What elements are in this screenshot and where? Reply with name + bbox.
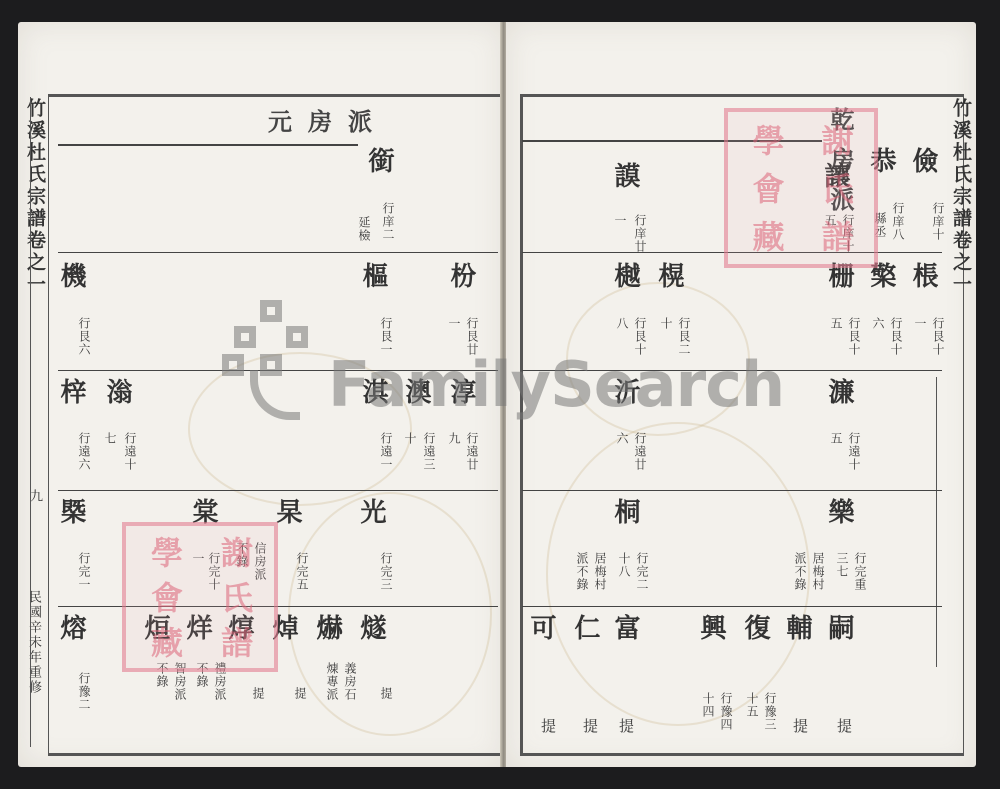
person-note: 五	[830, 432, 842, 445]
person-note: 提	[836, 718, 851, 734]
person-note: 提	[252, 687, 264, 700]
person-note: 十	[404, 432, 416, 445]
person-note: 十五	[746, 692, 758, 718]
seal-char: 譜	[212, 619, 258, 664]
person-note: 一	[448, 317, 460, 330]
person-name: 輔	[784, 614, 810, 644]
divider	[936, 377, 937, 667]
person-name: 謨	[612, 162, 638, 192]
person-note: 行完五	[296, 552, 308, 591]
person-note: 提	[380, 687, 392, 700]
seal-char: 會	[744, 164, 790, 212]
person-note: 十八	[618, 552, 630, 578]
person-note: 行遠廿	[634, 432, 646, 471]
divider	[58, 252, 498, 253]
person-note: 行遠十	[848, 432, 860, 471]
person-note: 行庠廿	[634, 214, 646, 253]
person-note: 行艮六	[78, 317, 90, 356]
person-note: 居梅村	[812, 552, 824, 591]
seal-char: 謝	[813, 116, 859, 164]
person-name: 桐	[612, 498, 638, 528]
person-name: 熔	[58, 614, 84, 644]
person-note: 行遠一	[380, 432, 392, 471]
person-note: 提	[618, 718, 633, 734]
person-name: 枌	[448, 262, 474, 292]
person-note: 行遠廿	[466, 432, 478, 471]
person-note: 行艮十	[932, 317, 944, 356]
divider	[522, 370, 942, 371]
seal-char: 學	[744, 116, 790, 164]
person-note: 煉專派	[326, 662, 338, 701]
person-note: 行完二	[636, 552, 648, 591]
collector-seal: 謝 氏 譜 學 會 藏	[724, 108, 878, 268]
divider	[522, 490, 942, 491]
person-name: 嗣	[826, 614, 852, 644]
person-name: 澳	[403, 378, 429, 408]
person-note: 行豫三	[764, 692, 776, 731]
divider	[58, 370, 498, 371]
branch-header: 元房派	[268, 110, 388, 134]
person-name: 爀	[314, 614, 340, 644]
person-name: 梓	[58, 378, 84, 408]
person-note: 行完三	[380, 552, 392, 591]
person-note: 行遠三	[423, 432, 435, 471]
person-name: 槩	[58, 498, 84, 528]
person-name: 仁	[572, 614, 598, 644]
person-note: 行艮十	[634, 317, 646, 356]
person-note: 六	[872, 317, 884, 330]
grid-frame	[48, 94, 510, 756]
person-note: 提	[792, 718, 807, 734]
seal-char: 氏	[212, 575, 258, 620]
person-name: 富	[612, 614, 638, 644]
person-name: 樾	[612, 262, 638, 292]
person-name: 樞	[360, 262, 386, 292]
seal-char: 藏	[142, 619, 188, 664]
person-name: 沂	[612, 378, 638, 408]
person-note: 提	[540, 718, 555, 734]
person-name: 燧	[358, 614, 384, 644]
person-note: 五	[830, 317, 842, 330]
person-name: 可	[528, 614, 554, 644]
person-note: 提	[582, 718, 597, 734]
person-note: 行豫二	[78, 672, 90, 711]
person-note: 行豫四	[720, 692, 732, 731]
person-note: 三七	[836, 552, 848, 578]
person-note: 居梅村	[594, 552, 606, 591]
person-name: 棖	[910, 262, 936, 292]
person-name: 滃	[104, 378, 130, 408]
collector-seal: 謝 氏 譜 學 會 藏	[122, 522, 278, 672]
person-note: 行庠八	[892, 202, 904, 241]
person-note: 一	[614, 214, 626, 227]
person-name: 濂	[826, 378, 852, 408]
page-number: 九	[25, 489, 44, 502]
divider	[522, 606, 942, 607]
seal-char: 謝	[212, 530, 258, 575]
right-page: 竹溪杜氏宗譜卷之一 乾房派 儉 行庠十 恭 行庠八 縣丞 讓 行庠十 五 謨 行…	[506, 22, 976, 767]
divider	[58, 144, 358, 146]
person-note: 十	[660, 317, 672, 330]
person-note: 行艮二	[678, 317, 690, 356]
person-name: 銜	[366, 147, 392, 177]
person-note: 行庠十	[932, 202, 944, 241]
person-name: 復	[742, 614, 768, 644]
divider	[30, 97, 31, 747]
person-note: 行完一	[78, 552, 90, 591]
person-note: 延檢	[358, 216, 370, 242]
spine-title: 竹溪杜氏宗譜卷之一	[22, 98, 49, 296]
person-note: 行艮十	[848, 317, 860, 356]
person-note: 行艮十	[890, 317, 902, 356]
person-name: 儉	[910, 147, 936, 177]
seal-char: 譜	[813, 212, 859, 260]
person-note: 行完重	[854, 552, 866, 591]
person-note: 行遠十	[124, 432, 136, 471]
person-note: 九	[448, 432, 460, 445]
divider	[58, 490, 498, 491]
person-note: 提	[294, 687, 306, 700]
person-note: 八	[616, 317, 628, 330]
seal-char: 氏	[813, 164, 859, 212]
person-name: 樂	[826, 498, 852, 528]
person-note: 行艮一	[380, 317, 392, 356]
seal-char: 學	[142, 530, 188, 575]
person-note: 行遠六	[78, 432, 90, 471]
person-note: 派不錄	[576, 552, 588, 591]
person-note: 六	[616, 432, 628, 445]
person-note: 派不錄	[794, 552, 806, 591]
branch-header-text: 元房派	[268, 107, 388, 136]
person-note: 行庠二	[382, 202, 394, 241]
person-name: 淇	[360, 378, 386, 408]
seal-char: 會	[142, 575, 188, 620]
person-note: 一	[914, 317, 926, 330]
left-page: 竹溪杜氏宗譜卷之一 九 民國辛未年重修 元房派 銜 行庠二 延檢 枌 行艮廿 一…	[18, 22, 504, 767]
person-note: 行艮廿	[466, 317, 478, 356]
person-note: 義房石	[344, 662, 356, 701]
person-name: 淳	[448, 378, 474, 408]
person-name: 興	[698, 614, 724, 644]
spine-title: 竹溪杜氏宗譜卷之一	[948, 98, 975, 296]
person-name: 光	[358, 498, 384, 528]
person-note: 七	[104, 432, 116, 445]
person-name: 榥	[656, 262, 682, 292]
spine-footer: 民國辛未年重修	[24, 590, 43, 695]
person-note: 十四	[702, 692, 714, 718]
seal-char: 藏	[744, 212, 790, 260]
person-name: 機	[58, 262, 84, 292]
